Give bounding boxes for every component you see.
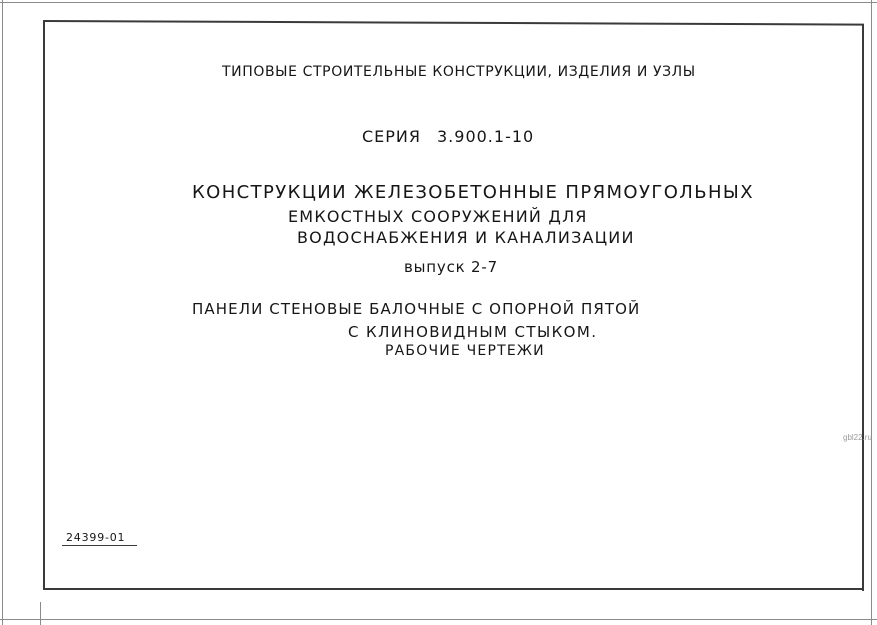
- trim-mark-left: [40, 602, 41, 625]
- sheet-header: ТИПОВЫЕ СТРОИТЕЛЬНЫЕ КОНСТРУКЦИИ, ИЗДЕЛИ…: [222, 64, 696, 80]
- subtitle-line-3: РАБОЧИЕ ЧЕРТЕЖИ: [385, 343, 545, 359]
- drawing-frame-left: [43, 20, 45, 590]
- subtitle-line-1: ПАНЕЛИ СТЕНОВЫЕ БАЛОЧНЫЕ С ОПОРНОЙ ПЯТОЙ: [192, 300, 640, 318]
- title-line-2: ЕМКОСТНЫХ СООРУЖЕНИЙ ДЛЯ: [288, 207, 588, 226]
- watermark: gbl22.ru: [843, 433, 872, 442]
- issue-number: выпуск 2-7: [404, 258, 498, 276]
- outer-frame-right: [871, 0, 872, 625]
- outer-frame-bottom: [0, 619, 877, 620]
- series-label: СЕРИЯ: [362, 127, 421, 146]
- drawing-frame-bottom: [43, 588, 864, 590]
- outer-frame-left: [2, 0, 3, 625]
- title-line-1: КОНСТРУКЦИИ ЖЕЛЕЗОБЕТОННЫЕ ПРЯМОУГОЛЬНЫХ: [192, 182, 754, 203]
- inventory-number: 24399-01: [66, 531, 125, 544]
- series-number: 3.900.1-10: [437, 127, 534, 146]
- subtitle-line-2: С КЛИНОВИДНЫМ СТЫКОМ.: [348, 323, 597, 341]
- drawing-frame-top: [43, 20, 864, 26]
- drawing-frame-right: [862, 24, 864, 591]
- title-line-3: ВОДОСНАБЖЕНИЯ И КАНАЛИЗАЦИИ: [297, 228, 635, 247]
- outer-frame-top: [0, 2, 877, 3]
- inventory-underline: [62, 545, 137, 546]
